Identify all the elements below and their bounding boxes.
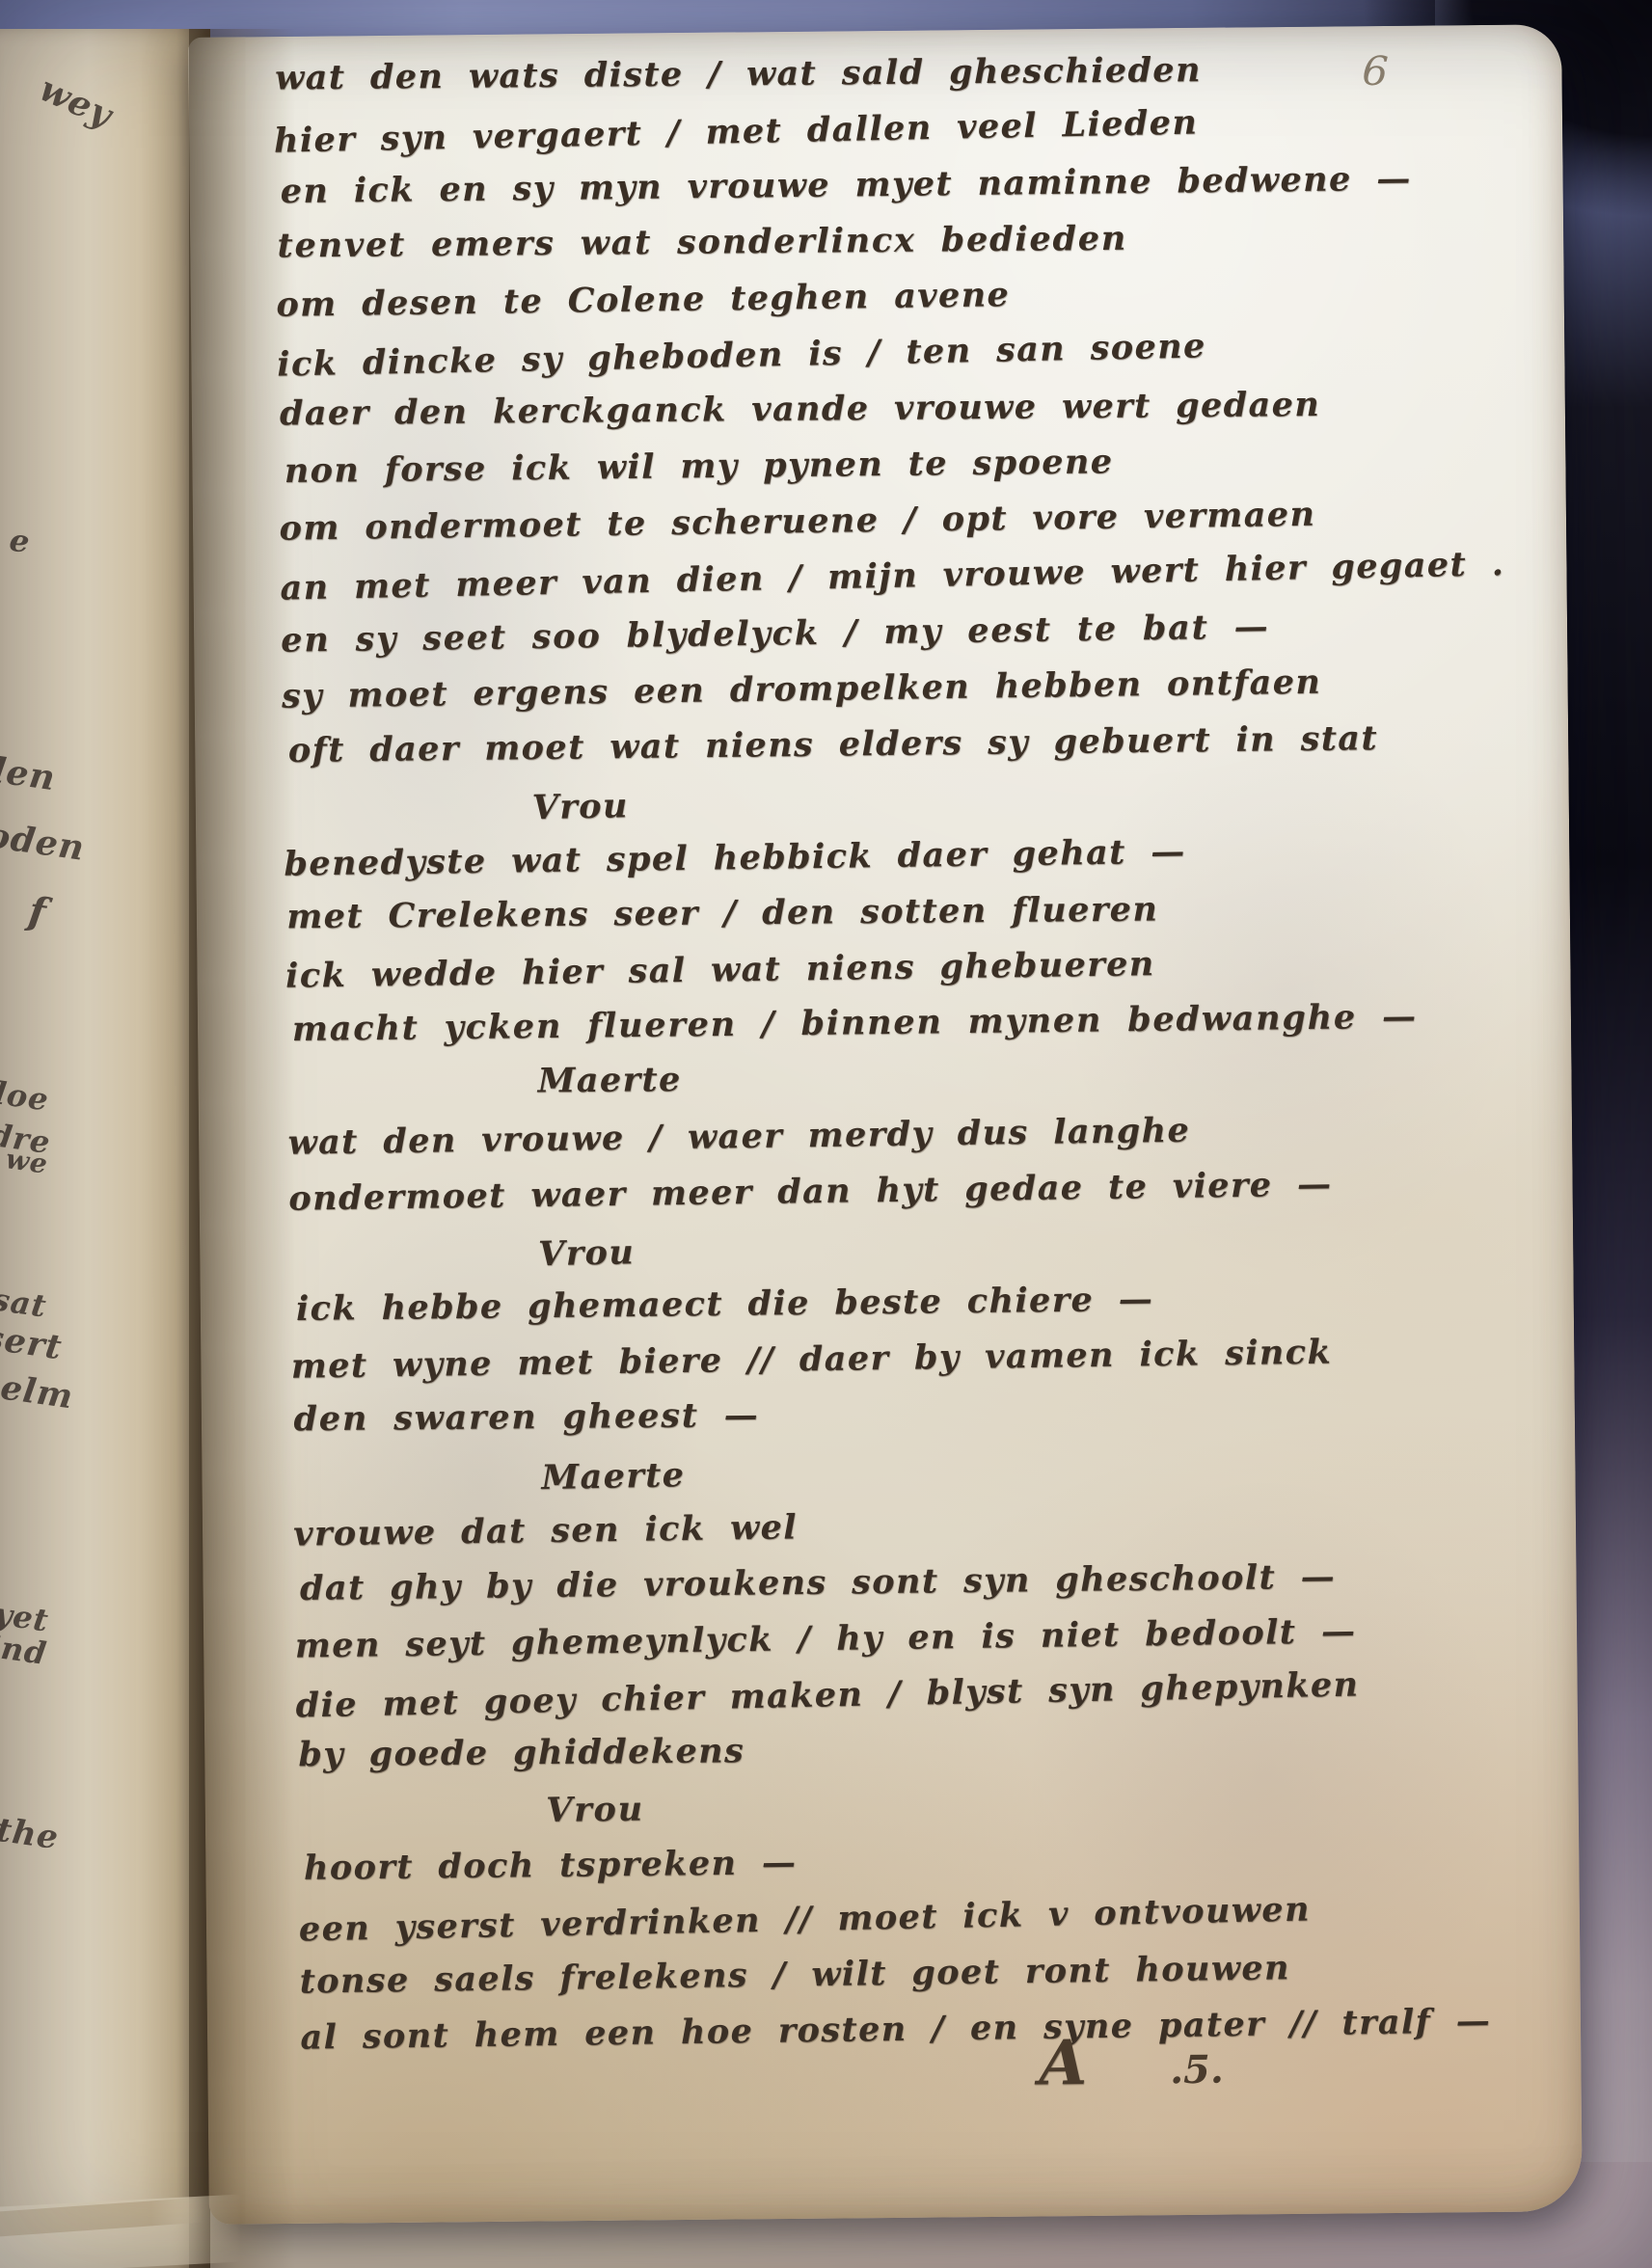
text-line: men seyt ghemeynlyck / hy en is niet bed… bbox=[295, 1612, 1520, 1663]
text-line: tenvet emers wat sonderlincx bedieden bbox=[277, 218, 1502, 262]
prev-page-text-fragment: loe bbox=[0, 1074, 51, 1119]
text-line: hoort doch tspreken — bbox=[304, 1838, 1529, 1885]
text-line: en sy seet soo blydelyck / my eest te ba… bbox=[281, 607, 1505, 658]
text-line: ick wedde hier sal wat niens ghebueren bbox=[285, 942, 1510, 993]
prev-page-text-fragment: oden bbox=[0, 815, 88, 869]
text-line: macht ycken flueren / binnen mynen bedwa… bbox=[292, 999, 1517, 1046]
manuscript-page: 6 wat den wats diste / wat sald gheschie… bbox=[188, 24, 1583, 2225]
text-line: benedyste wat spel hebbick daer gehat — bbox=[284, 830, 1508, 881]
text-line: wat den vrouwe / waer merdy dus langhe bbox=[287, 1109, 1512, 1160]
signature-letter: A bbox=[1039, 2027, 1087, 2099]
signature-number: .5. bbox=[1170, 2047, 1224, 2093]
quire-signature: A.5. bbox=[1039, 2026, 1224, 2100]
text-line: daer den kerckganck vande vrouwe wert ge… bbox=[280, 386, 1504, 430]
text-line: die met goey chier maken / blyst syn ghe… bbox=[295, 1664, 1520, 1722]
speaker-heading: Vrou bbox=[546, 1780, 1522, 1827]
text-line: ick dincke sy gheboden is / ten san soen… bbox=[277, 323, 1502, 381]
text-line: met wyne met biere // daer by vamen ick … bbox=[291, 1333, 1516, 1384]
previous-page-edge: wey e len oden f loe dre sat sert selm y… bbox=[0, 29, 210, 2268]
prev-page-text-fragment: selm bbox=[0, 1364, 76, 1417]
text-line: by goede ghiddekens bbox=[298, 1727, 1523, 1771]
text-line: den swaren gheest — bbox=[293, 1392, 1518, 1437]
text-block: wat den wats diste / wat sald gheschiede… bbox=[273, 47, 1526, 2055]
prev-page-text-fragment: wey bbox=[34, 68, 119, 136]
text-line: wat den wats diste / wat sald gheschiede… bbox=[275, 50, 1500, 94]
text-line: en ick en sy myn vrouwe myet naminne bed… bbox=[281, 161, 1505, 208]
text-line: non forse ick wil my pynen te spoene bbox=[284, 440, 1509, 487]
prev-page-text-fragment: ind bbox=[0, 1628, 49, 1672]
prev-page-text-fragment: we bbox=[4, 1143, 50, 1180]
text-line: al sont hem een hoe rosten / en syne pat… bbox=[300, 2004, 1525, 2055]
speaker-heading: Maerte bbox=[538, 1056, 1514, 1098]
speaker-heading: Maerte bbox=[541, 1442, 1517, 1495]
text-line: sy moet ergens een drompelken hebben ont… bbox=[282, 662, 1506, 714]
manuscript-photo: wey e len oden f loe dre sat sert selm y… bbox=[0, 0, 1652, 2268]
prev-page-text-fragment: the bbox=[0, 1811, 62, 1858]
text-line: dat ghy by die vroukens sont syn ghescho… bbox=[300, 1558, 1525, 1606]
speaker-heading: Vrou bbox=[531, 771, 1507, 824]
text-line: hier syn vergaert / met dallen veel Lied… bbox=[274, 99, 1499, 157]
text-line: tonse saels frelekens / wilt goet ront h… bbox=[299, 1948, 1524, 1999]
prev-page-text-fragment: sat bbox=[0, 1281, 49, 1324]
text-line: vrouwe dat sen ick wel bbox=[293, 1500, 1518, 1552]
prev-page-text-fragment: len bbox=[0, 750, 58, 799]
text-line: met Crelekens seer / den sotten flueren bbox=[286, 889, 1511, 933]
prev-page-text-fragment: f bbox=[26, 888, 50, 935]
speaker-heading: Vrou bbox=[538, 1218, 1514, 1271]
text-line: om ondermoet te scheruene / opt vore ver… bbox=[279, 495, 1503, 546]
prev-page-text-fragment: e bbox=[7, 522, 32, 561]
text-line: ondermoet waer meer dan hyt gedae te vie… bbox=[288, 1165, 1513, 1216]
text-line: een yserst verdrinken // moet ick v ontv… bbox=[299, 1888, 1524, 1946]
prev-page-text-fragment: sert bbox=[0, 1318, 65, 1368]
text-line: an met meer van dien / mijn vrouwe wert … bbox=[280, 547, 1504, 605]
text-line: oft daer moet wat niens elders sy gebuer… bbox=[288, 719, 1513, 767]
text-line: om desen te Colene teghen avene bbox=[276, 271, 1501, 322]
text-line: ick hebbe ghemaect die beste chiere — bbox=[296, 1279, 1521, 1326]
